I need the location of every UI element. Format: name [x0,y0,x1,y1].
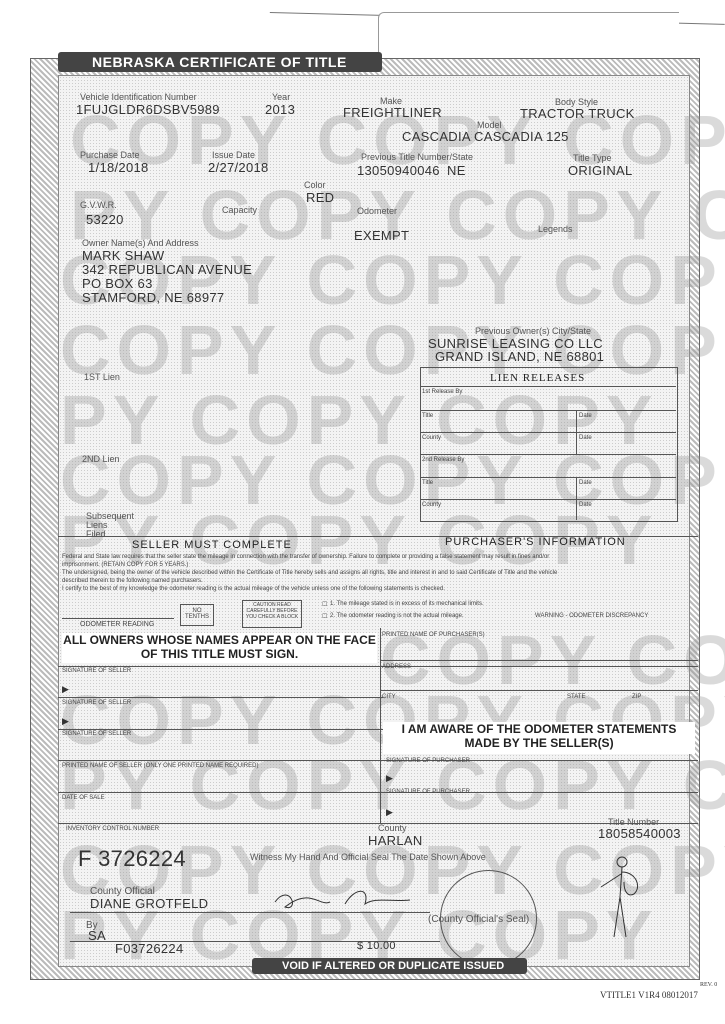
inventory-control-label: INVENTORY CONTROL NUMBER [66,826,159,832]
legal-text: imprisonment. (RETAIN COPY FOR 5 YEARS.) [62,562,188,568]
all-owners-notice: ALL OWNERS WHOSE NAMES APPEAR ON THE FAC… [62,633,377,663]
printed-name-purchaser-label: PRINTED NAME OF PURCHASER(S) [382,632,485,638]
control-code: F03726224 [115,941,183,956]
address-label: ADDRESS [382,664,411,670]
sign-here-arrow-icon: ▶ [386,807,393,818]
sign-here-arrow-icon: ▶ [62,684,69,695]
second-lien-label: 2ND Lien [82,454,120,464]
county-seal-label: (County Official's Seal) [428,914,529,925]
caution-label: CAUTION READ CAREFULLY BEFORE YOU CHECK … [244,602,300,620]
owner-line: 342 REPUBLICAN AVENUE [82,262,252,277]
legal-text: The undersigned, being the owner of the … [62,570,557,576]
gvwr-label: G.V.W.R. [80,200,117,210]
previous-owner-label: Previous Owner(s) City/State [475,326,591,336]
title-type-label: Title Type [573,153,612,163]
owner-line: STAMFORD, NE 68977 [82,290,224,305]
purchase-date-label: Purchase Date [80,150,140,160]
void-notice: VOID IF ALTERED OR DUPLICATE ISSUED [252,958,527,974]
seller-signature-label-1: SIGNATURE OF SELLER [62,668,131,674]
witness-statement: Witness My Hand And Official Seal The Da… [250,852,486,862]
legal-text: described therein to the following named… [62,578,203,584]
form-code: VTITLE1 V1R4 08012017 [600,990,698,1000]
seller-signature-label-2: SIGNATURE OF SELLER [62,700,131,706]
purchaser-header: PURCHASER'S INFORMATION [445,536,626,548]
legal-text: I certify to the best of my knowledge th… [62,586,445,592]
color-value: RED [306,190,334,205]
first-release-county: County [422,435,441,441]
sign-here-arrow-icon: ▶ [62,716,69,727]
previous-title-value: 13050940046 [357,163,440,178]
first-release-title: Title [422,413,433,419]
previous-title-label: Previous Title Number/State [361,152,473,162]
odometer-value: EXEMPT [354,228,409,243]
owner-label: Owner Name(s) And Address [82,238,199,248]
official-signature [270,882,430,912]
vin-label: Vehicle Identification Number [80,92,197,102]
no-tenths-label: NO TENTHS [183,608,211,620]
document-title: NEBRASKA CERTIFICATE OF TITLE [58,52,382,72]
seller-signature-label-3: SIGNATURE OF SELLER [62,731,131,737]
model-value: CASCADIA CASCADIA 125 [402,129,569,144]
previous-owner-line: GRAND ISLAND, NE 68801 [435,349,604,364]
odometer-aware-notice: I AM AWARE OF THE ODOMETER STATEMENTS MA… [383,722,695,754]
second-release-title: Title [422,480,433,486]
first-lien-label: 1ST Lien [84,372,120,382]
purchaser-signature-label-1: SIGNATURE OF PURCHASER [386,758,470,764]
city-label: CITY [382,694,396,700]
gvwr-value: 53220 [86,212,124,227]
second-release-county: County [422,502,441,508]
inventory-control-number: F 3726224 [78,846,186,872]
first-release-label: 1st Release By [422,389,462,395]
purchase-date-value: 1/18/2018 [88,160,149,175]
first-release-county-date: Date [579,435,592,441]
county-value: HARLAN [368,833,423,848]
county-official-name: DIANE GROTFELD [90,896,208,911]
statement-1-checkbox[interactable]: ☐ [322,601,327,608]
statement-2-checkbox[interactable]: ☐ [322,613,327,620]
seller-header: SELLER MUST COMPLETE [132,539,292,551]
title-number-value: 18058540003 [598,826,681,841]
make-value: FREIGHTLINER [343,105,442,120]
sower-emblem-icon [596,852,646,942]
owner-line: MARK SHAW [82,248,164,263]
year-value: 2013 [265,102,295,117]
purchaser-signature-label-2: SIGNATURE OF PURCHASER [386,789,470,795]
printed-name-seller-label: PRINTED NAME OF SELLER (ONLY ONE PRINTED… [62,763,258,769]
color-label: Color [304,180,326,190]
subsequent-liens-label: Subsequent Liens Filed [86,512,126,539]
issue-date-value: 2/27/2018 [208,160,269,175]
sign-here-arrow-icon: ▶ [386,773,393,784]
body-style-value: TRACTOR TRUCK [520,106,635,121]
second-release-date: Date [579,480,592,486]
zip-label: ZIP [632,694,641,700]
issue-date-label: Issue Date [212,150,255,160]
previous-title-state: NE [447,163,466,178]
lien-releases-title: LIEN RELEASES [490,372,585,384]
title-type-value: ORIGINAL [568,163,633,178]
statement-2: 2. The odometer reading is not the actua… [330,613,464,619]
date-of-sale-label: DATE OF SALE [62,795,105,801]
statement-1: 1. The mileage stated is in excess of it… [330,601,484,607]
capacity-label: Capacity [222,205,257,215]
second-release-county-date: Date [579,502,592,508]
title-fee: $ 10.00 [357,940,396,952]
county-label: County [378,823,407,833]
first-release-date: Date [579,413,592,419]
vin-value: 1FUJGLDR6DSBV5989 [76,102,220,117]
odometer-label: Odometer [357,206,397,216]
odometer-reading-label: ODOMETER READING [80,621,154,628]
second-release-label: 2nd Release By [422,457,464,463]
form-revision: REV. 0 [700,982,717,988]
legends-label: Legends [538,224,573,234]
owner-line: PO BOX 63 [82,276,153,291]
odometer-warning: WARNING - ODOMETER DISCREPANCY [535,613,648,619]
legal-text: Federal and State law requires that the … [62,554,549,560]
state-label: STATE [567,694,585,700]
year-label: Year [272,92,290,102]
